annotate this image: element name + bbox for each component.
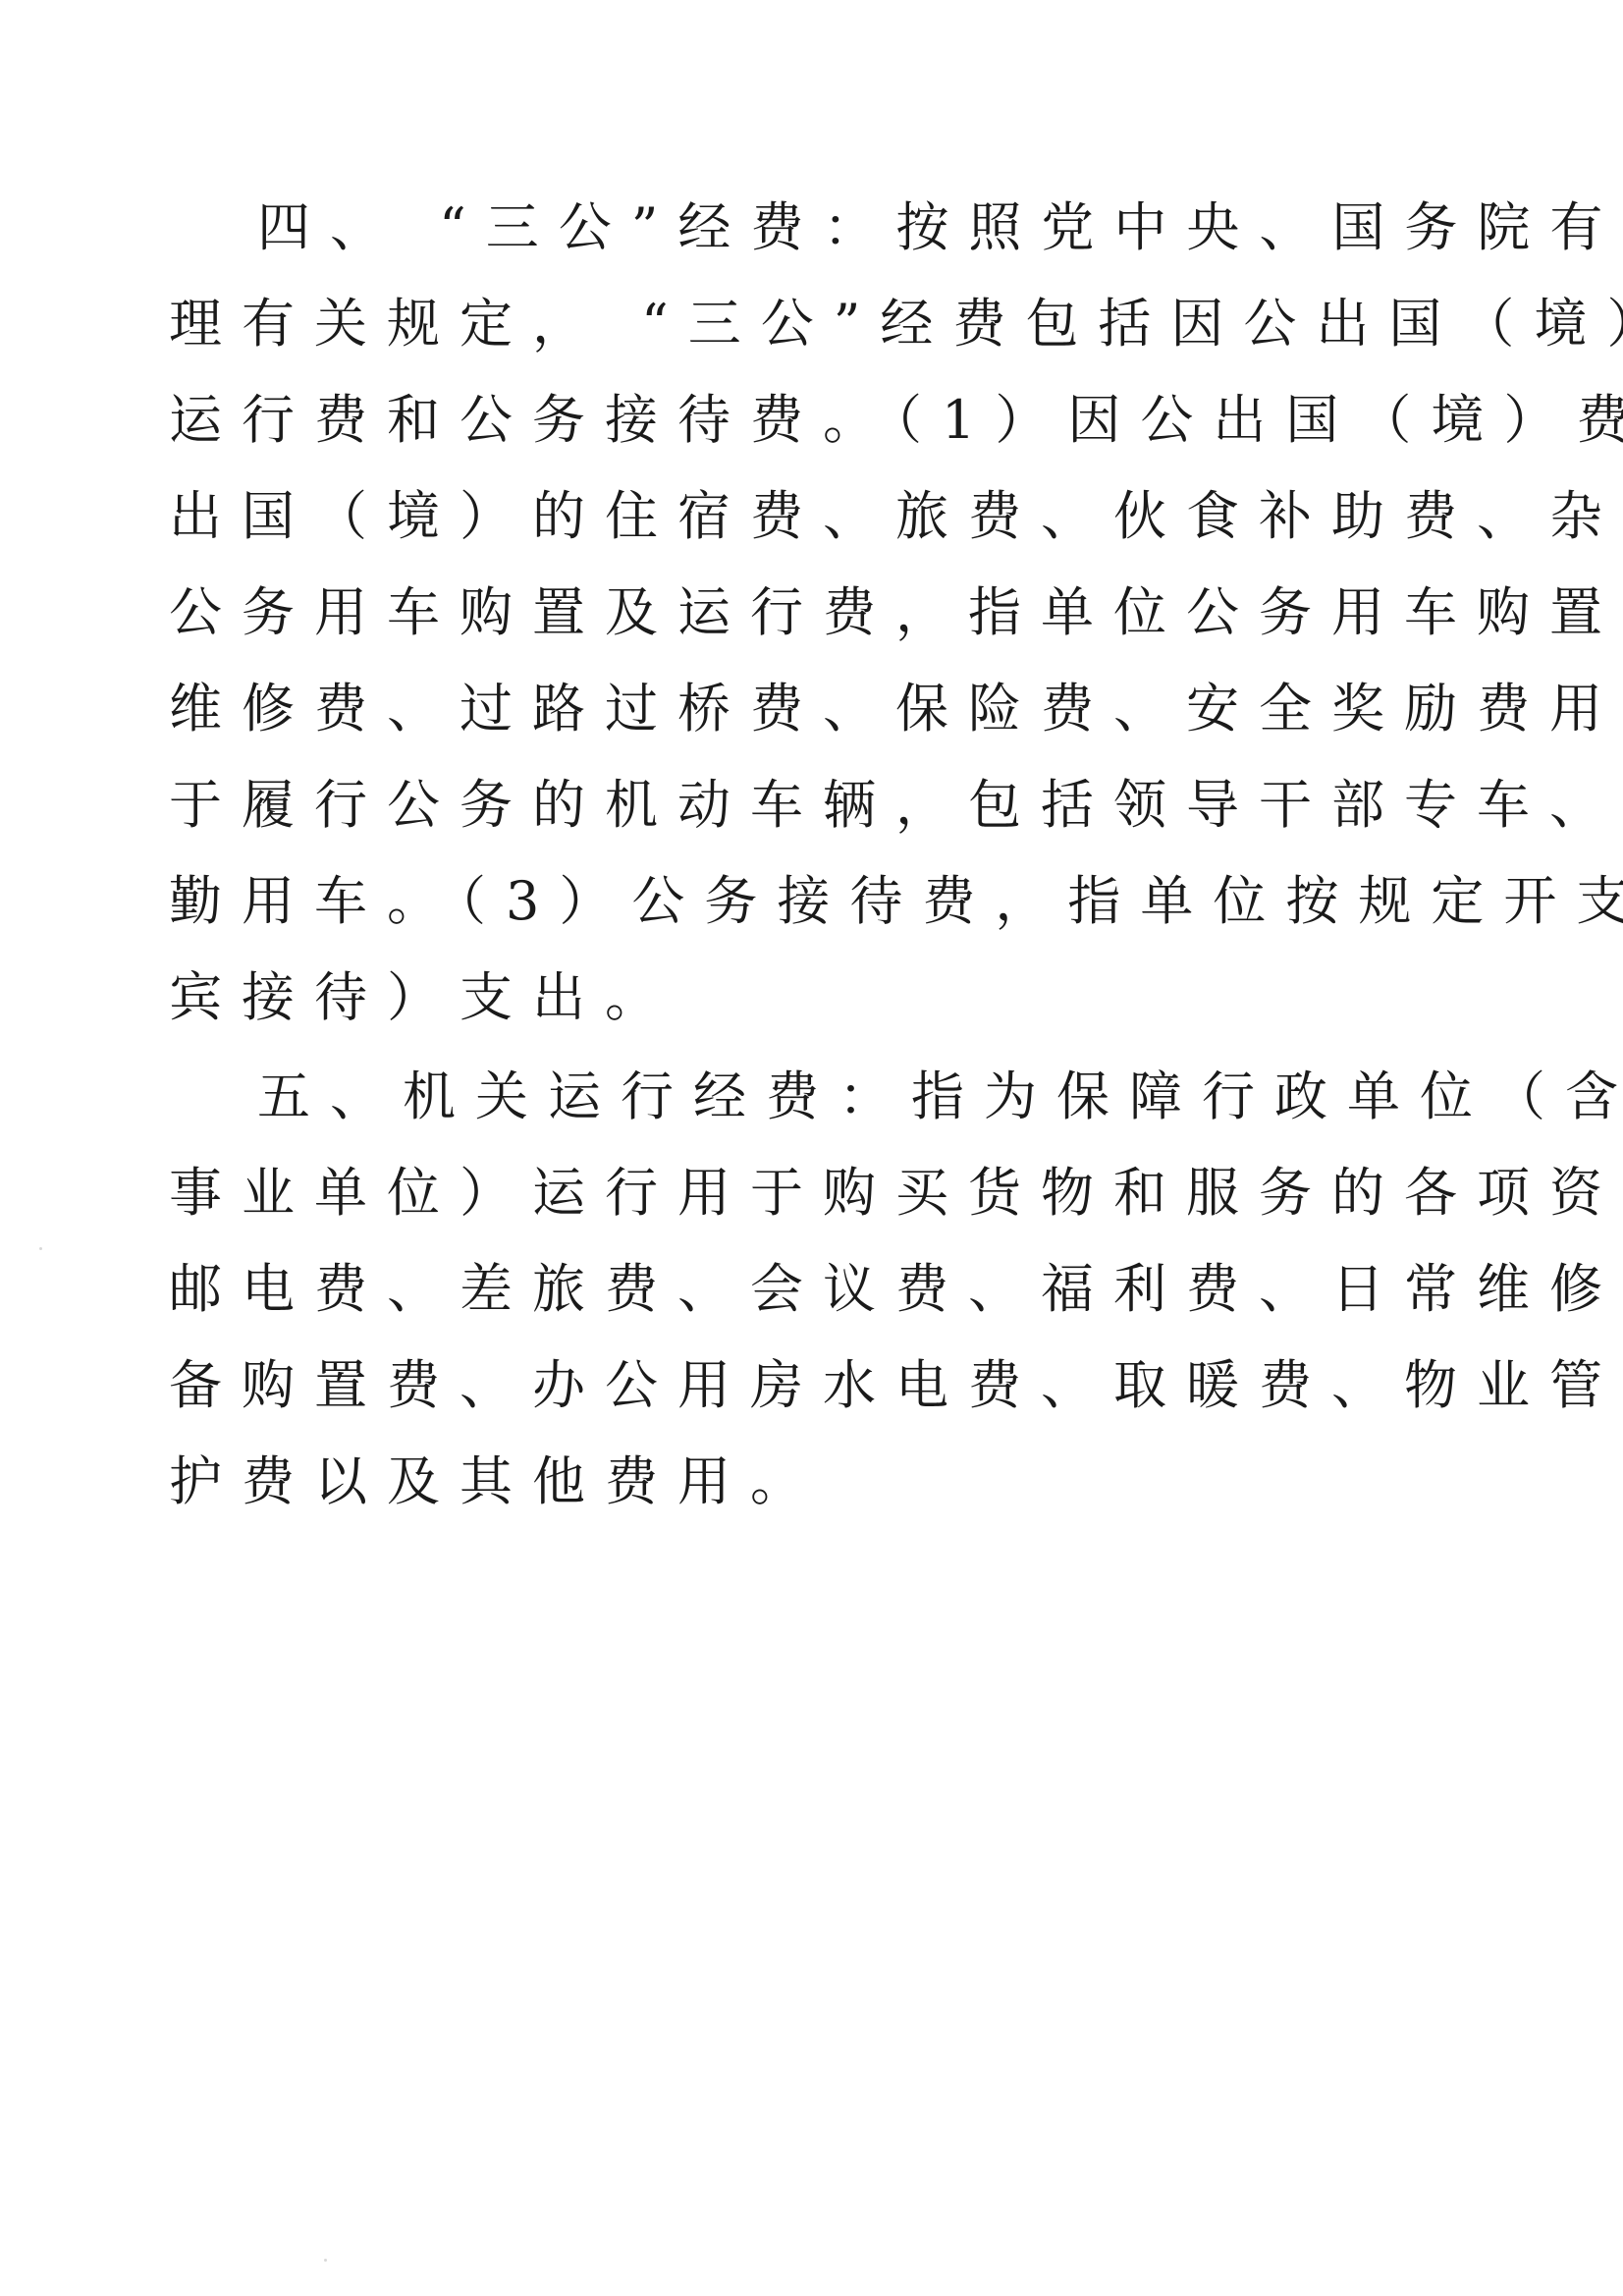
paragraph-line: 邮电费、差旅费、会议费、福利费、日常维修费、专项材料及一般设 xyxy=(169,1241,1485,1338)
paragraph-line: 事业单位）运行用于购买货物和服务的各项资金，包括办公及印刷费、 xyxy=(169,1145,1485,1241)
paragraph-line: 勤用车。（3）公务接待费，指单位按规定开支的各类公务接待（含外 xyxy=(169,853,1485,950)
paragraph-line: 宾接待）支出。 xyxy=(169,950,1485,1046)
paragraph-line: 四、 “三公”经费：按照党中央、国务院有关文件及部门预算管 xyxy=(257,180,1485,276)
paragraph-line: 护费以及其他费用。 xyxy=(169,1434,1485,1530)
paragraph-line: 出国（境）的住宿费、旅费、伙食补助费、杂费、培训费等支出。（2） xyxy=(169,468,1485,565)
paragraph-line: 五、机关运行经费：指为保障行政单位（含参照公务员法管理的 xyxy=(257,1049,1485,1145)
scan-artifact xyxy=(39,1247,42,1250)
paragraph-line: 理有关规定， “三公”经费包括因公出国（境）费、公务用车购置及 xyxy=(169,276,1485,372)
paragraph-line: 公务用车购置及运行费，指单位公务用车购置费及租用费、燃料费、 xyxy=(169,565,1485,661)
paragraph-line: 运行费和公务接待费。（1）因公出国（境）费，指单位工作人员公务 xyxy=(169,372,1485,468)
paragraph-line: 于履行公务的机动车辆，包括领导干部专车、一般公务用车和执法执 xyxy=(169,757,1485,853)
document-page: 四、 “三公”经费：按照党中央、国务院有关文件及部门预算管 理有关规定， “三公… xyxy=(0,0,1623,2296)
paragraph-line: 备购置费、办公用房水电费、取暖费、物业管理费、公务用车运行维 xyxy=(169,1338,1485,1434)
paragraph-line: 维修费、过路过桥费、保险费、安全奖励费用等支出。公务用车指用 xyxy=(169,661,1485,757)
scan-artifact xyxy=(324,2259,327,2262)
